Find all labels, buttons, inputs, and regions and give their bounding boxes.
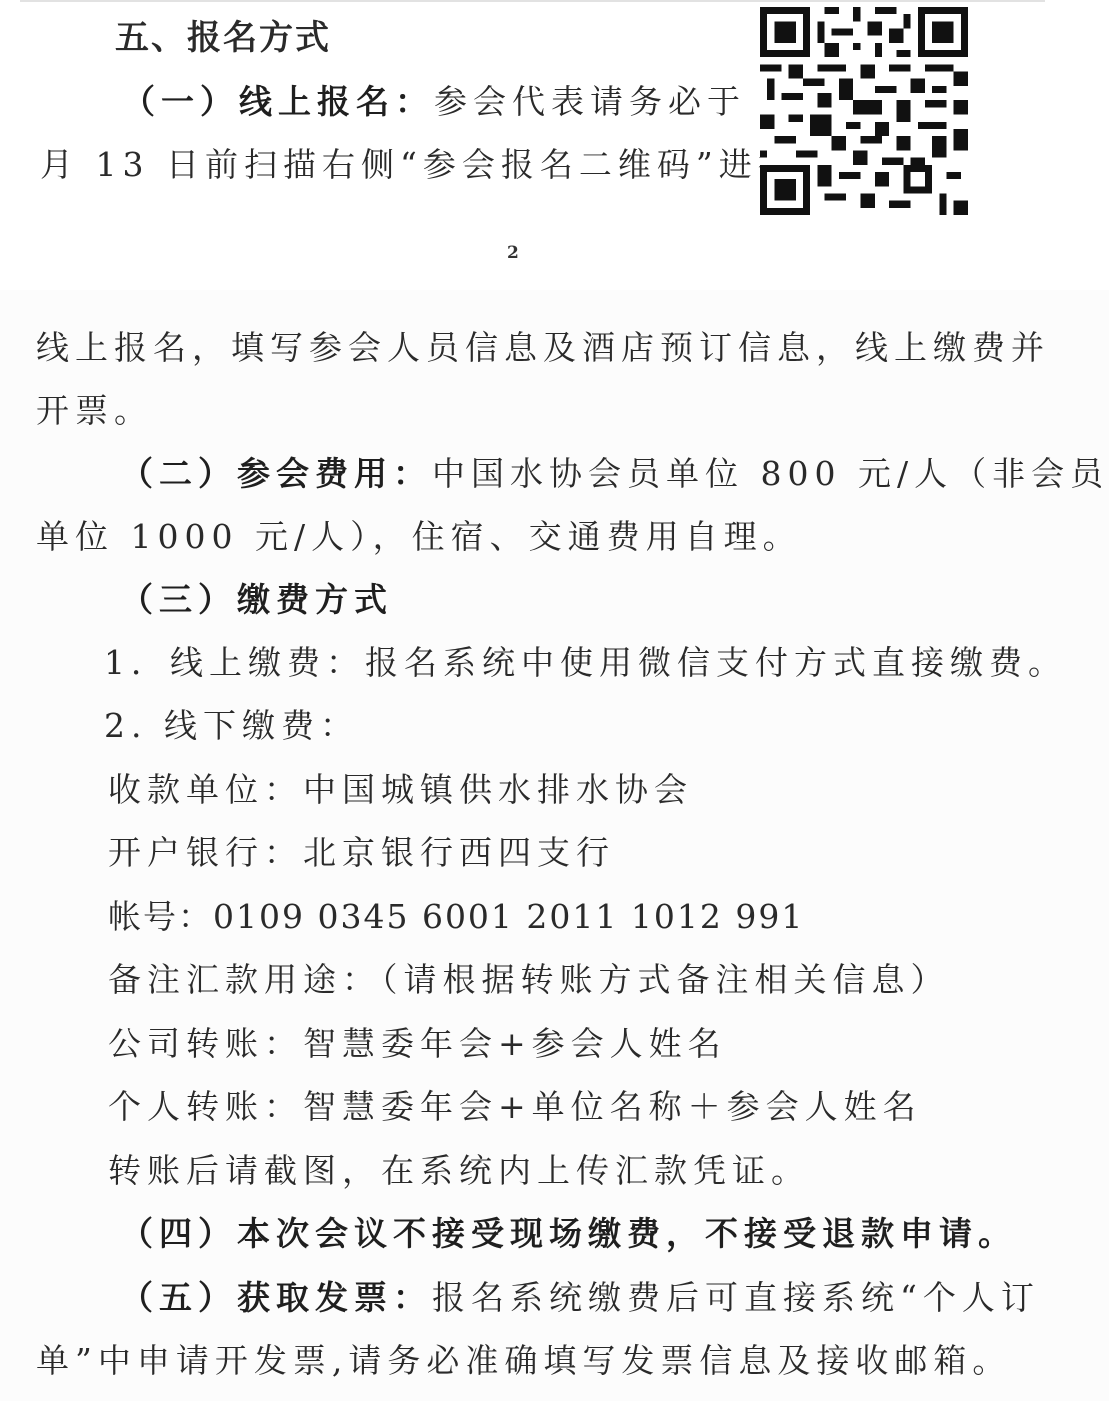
account-number: 帐号：0109 0345 6001 2011 1012 991 [108,897,804,937]
remark: 备注汇款用途：（请根据转账方式备注相关信息） [108,960,950,1000]
fees-line2: 单位 1000 元/人），住宿、交通费用自理。 [36,517,802,557]
invoice-line2: 单”中申请开发票,请务必准确填写发票信息及接收邮箱。 [36,1341,1011,1381]
fees-label: （二）参会费用： [120,454,432,493]
top-divider [20,0,1045,2]
online-registration-line4: 开票。 [36,391,153,431]
no-onsite-payment: （四）本次会议不接受现场缴费，不接受退款申请。 [120,1214,1017,1254]
section-heading: 五、报名方式 [115,18,331,58]
qr-code-icon [760,6,968,216]
payee: 收款单位：中国城镇供水排水协会 [108,770,693,810]
online-registration-text1: 参会代表请务必于 9 [434,82,790,121]
payment-heading: （三）缴费方式 [120,580,393,620]
payment-offline: 2. 线下缴费： [104,706,359,746]
page-number: 2 [507,243,519,263]
personal-transfer: 个人转账：智慧委年会+单位名称＋参会人姓名 [108,1087,922,1127]
invoice-text1: 报名系统缴费后可直接系统“个人订 [432,1278,1040,1317]
payment-online: 1．线上缴费：报名系统中使用微信支付方式直接缴费。 [104,643,1067,683]
company-transfer: 公司转账：智慧委年会+参会人姓名 [108,1024,727,1064]
invoice-label: （五）获取发票： [120,1278,432,1317]
online-registration-label: （一）线上报名： [122,82,434,121]
invoice-line1: （五）获取发票：报名系统缴费后可直接系统“个人订 [120,1278,1040,1318]
online-registration-line3: 线上报名，填写参会人员信息及酒店预订信息，线上缴费并 [36,328,1050,368]
fees-text1: 中国水协会员单位 800 元/人（非会员 [432,454,1109,493]
online-registration-line2: 月 13 日前扫描右侧“参会报名二维码”进行 [40,145,797,185]
fees-line1: （二）参会费用：中国水协会员单位 800 元/人（非会员 [120,454,1109,494]
online-registration-line1: （一）线上报名：参会代表请务必于 9 [122,82,790,122]
bank: 开户银行：北京银行西四支行 [108,833,615,873]
upload-note: 转账后请截图，在系统内上传汇款凭证。 [108,1151,810,1191]
